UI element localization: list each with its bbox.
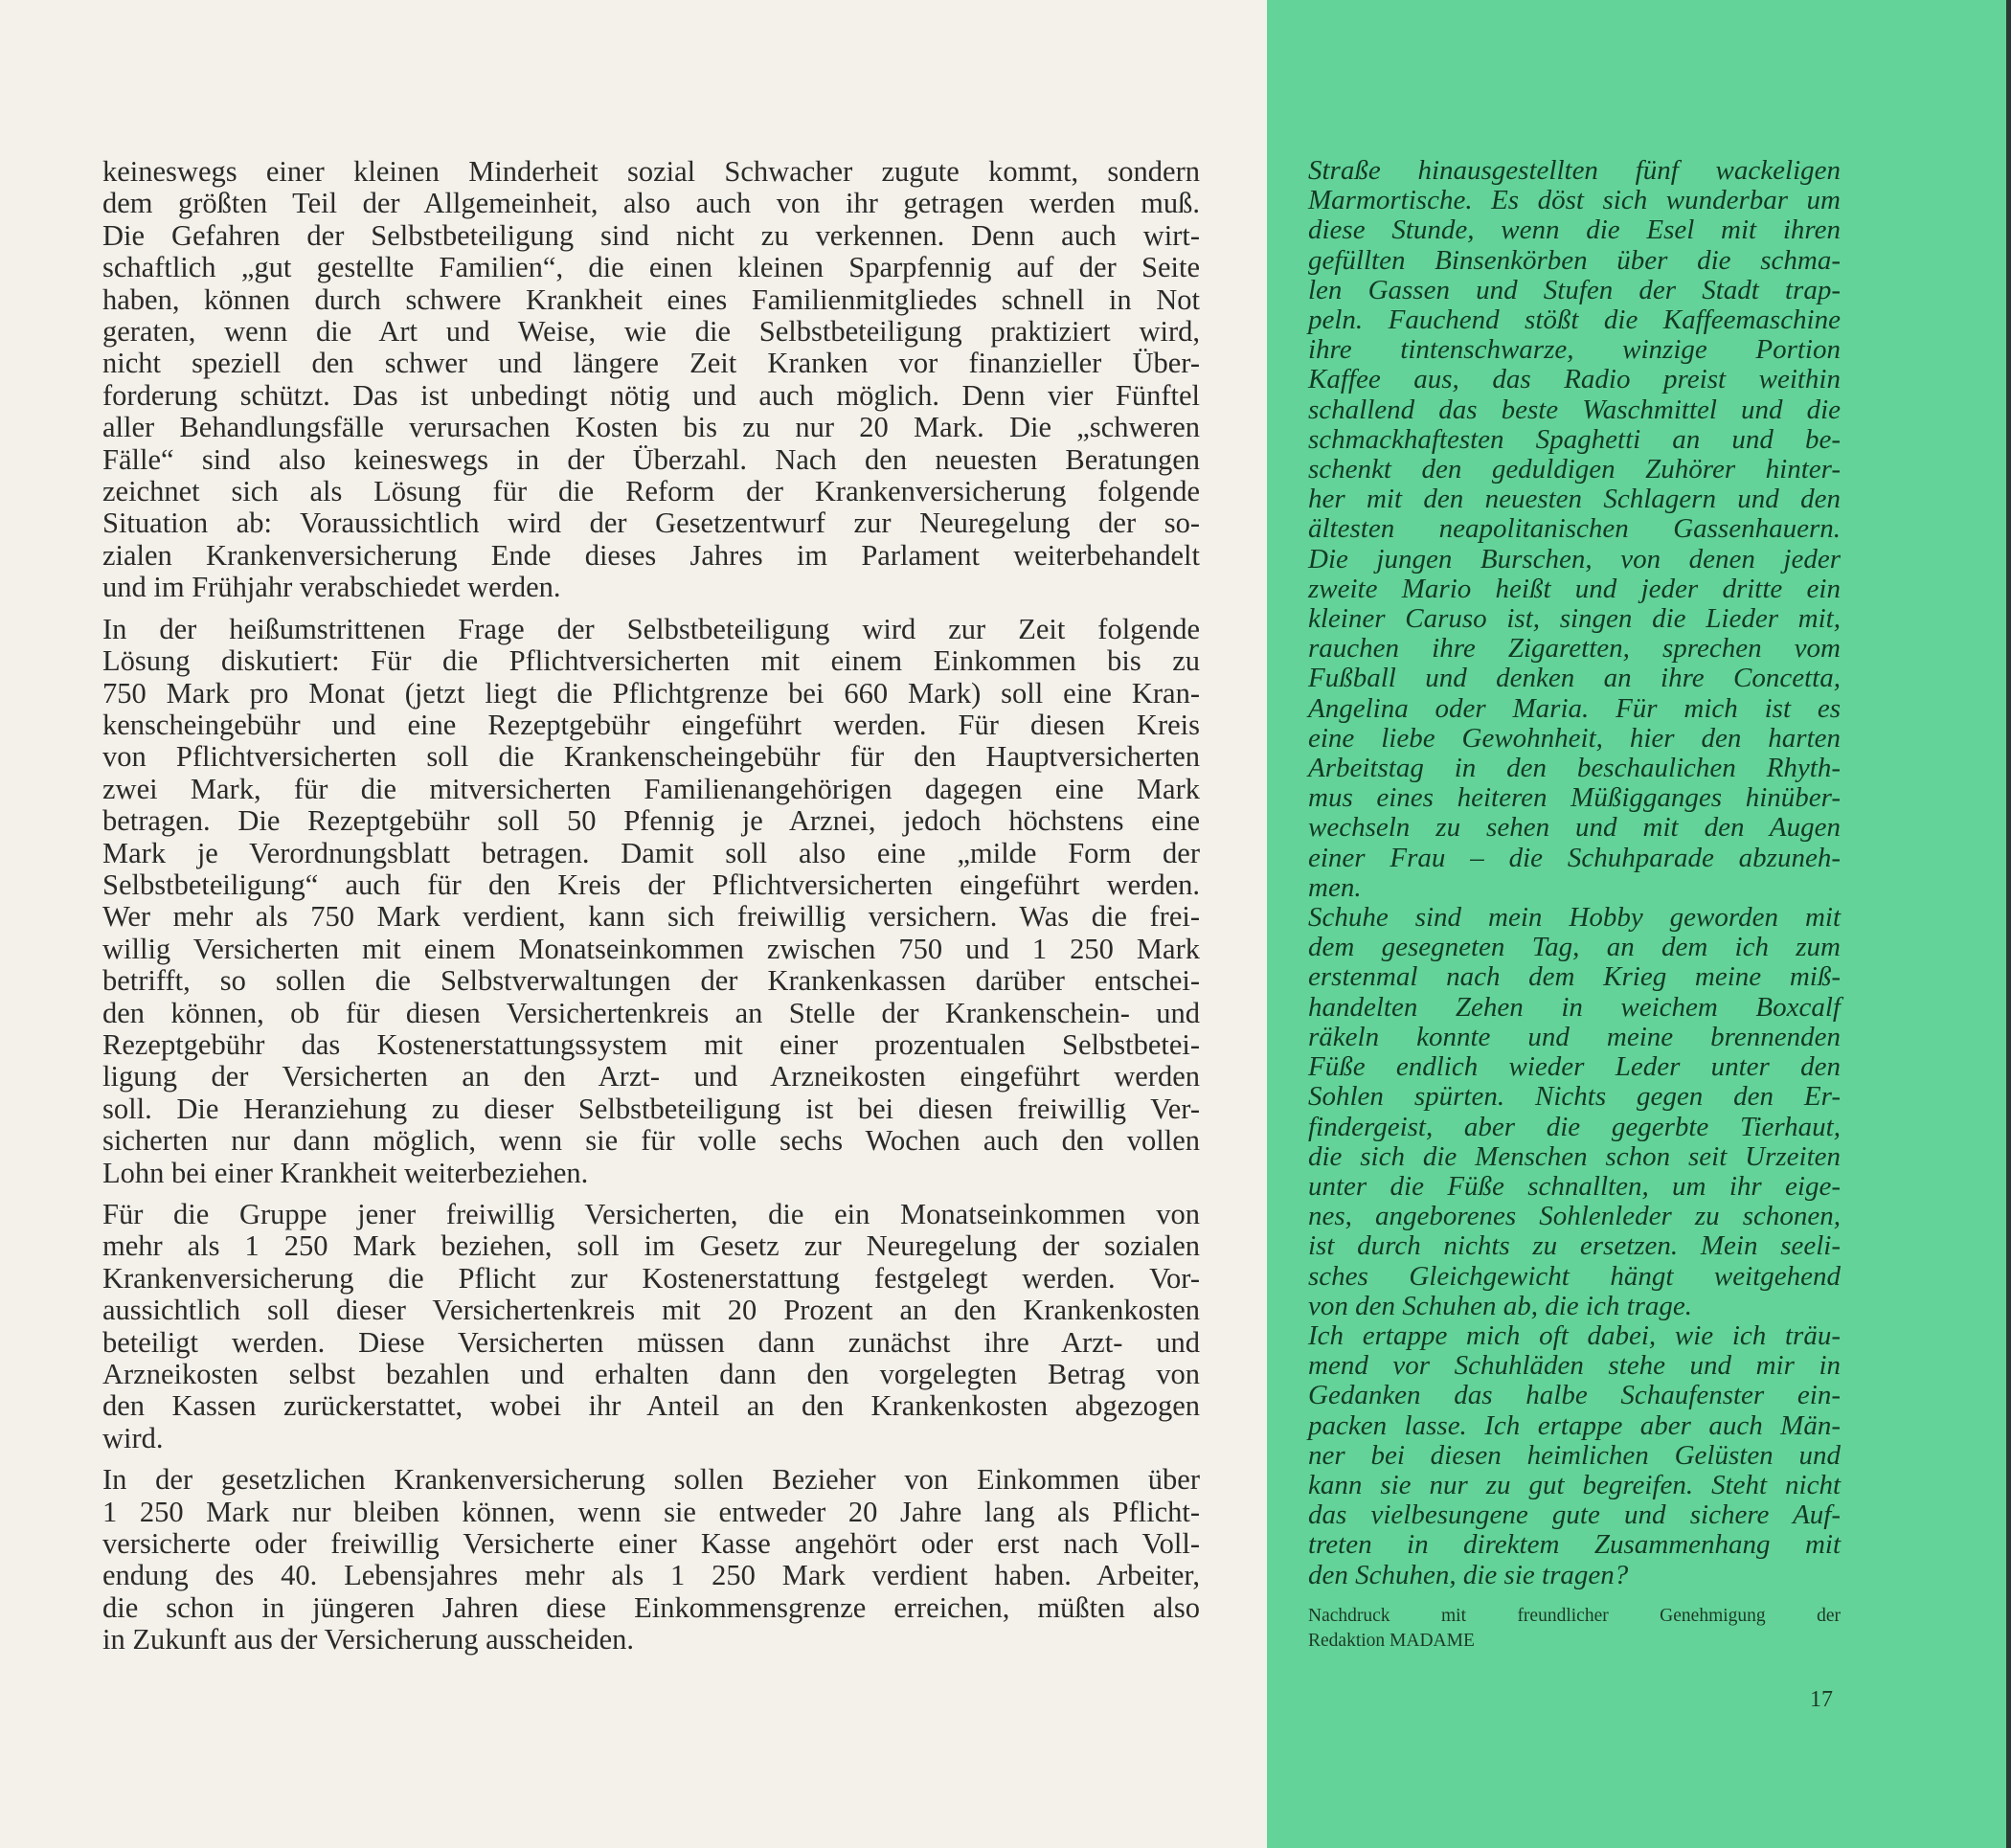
text-line: dem größten Teil der Allgemeinheit, also… <box>102 188 1200 219</box>
text-line: betrifft, so sollen die Selbstverwaltung… <box>102 965 1200 997</box>
article-paragraph: keineswegs einer kleinen Minderheit sozi… <box>102 156 1200 604</box>
sidebar-text-line: Straße hinausgestellten fünf wackeligen <box>1308 156 1841 186</box>
sidebar-text-line: rauchen ihre Zigaretten, sprechen vom <box>1308 634 1841 664</box>
sidebar-text-line: eine liebe Gewohnheit, hier den harten <box>1308 724 1841 754</box>
sidebar-text-line: Sohlen spürten. Nichts gegen den Er- <box>1308 1082 1841 1112</box>
text-line: Die Gefahren der Selbstbeteiligung sind … <box>102 220 1200 252</box>
text-line: aussichtlich soll dieser Versichertenkre… <box>102 1295 1200 1326</box>
text-line: betragen. Die Rezeptgebühr soll 50 Pfenn… <box>102 805 1200 837</box>
sidebar-text-line: einer Frau – die Schuhparade abzuneh- <box>1308 844 1841 873</box>
sidebar-text-line: kleiner Caruso ist, singen die Lieder mi… <box>1308 604 1841 634</box>
sidebar-text-line: Ich ertappe mich oft dabei, wie ich träu… <box>1308 1321 1841 1351</box>
text-line: Arzneikosten selbst bezahlen und erhalte… <box>102 1359 1200 1390</box>
sidebar-text-line: wechseln zu sehen und mit den Augen <box>1308 813 1841 843</box>
credit-line-1: Nachdruck mit freundlicher Genehmigung d… <box>1308 1604 1841 1629</box>
text-line: Mark je Verordnungsblatt betragen. Damit… <box>102 838 1200 869</box>
text-line: den Kassen zurückerstattet, wobei ihr An… <box>102 1390 1200 1422</box>
text-line: Selbstbeteiligung“ auch für den Kreis de… <box>102 869 1200 901</box>
sidebar-text-line: gefüllten Binsenkörben über die schma- <box>1308 246 1841 276</box>
sidebar-text-line: die sich die Menschen schon seit Urzeite… <box>1308 1142 1841 1172</box>
sidebar-text-line: ihre tintenschwarze, winzige Portion <box>1308 335 1841 365</box>
article-paragraph: In der heißumstrittenen Frage der Selbst… <box>102 614 1200 1189</box>
sidebar-text-line: Angelina oder Maria. Für mich ist es <box>1308 694 1841 724</box>
text-line: versicherte oder freiwillig Versicherte … <box>102 1528 1200 1560</box>
sidebar-text-line: Arbeitstag in den beschaulichen Rhyth- <box>1308 754 1841 783</box>
text-line: zwei Mark, für die mitversicherten Famil… <box>102 774 1200 805</box>
sidebar-column: Straße hinausgestellten fünf wackeligenM… <box>1308 156 1841 1654</box>
sidebar-text-line: kann sie nur zu gut begreifen. Steht nic… <box>1308 1471 1841 1500</box>
reprint-credit: Nachdruck mit freundlicher Genehmigung d… <box>1308 1604 1841 1654</box>
sidebar-text-line: treten in direktem Zusammenhang mit <box>1308 1530 1841 1560</box>
text-line: haben, können durch schwere Krankheit ei… <box>102 284 1200 316</box>
text-line: Wer mehr als 750 Mark verdient, kann sic… <box>102 901 1200 933</box>
text-line: den können, ob für diesen Versichertenkr… <box>102 998 1200 1029</box>
sidebar-text-line: diese Stunde, wenn die Esel mit ihren <box>1308 215 1841 245</box>
sidebar-text-line: ist durch nichts zu ersetzen. Mein seeli… <box>1308 1231 1841 1261</box>
sidebar-text-line: ner bei diesen heimlichen Gelüsten und <box>1308 1441 1841 1471</box>
sidebar-text-line: schmackhaftesten Spaghetti an und be- <box>1308 425 1841 455</box>
article-paragraph: In der gesetzlichen Krankenversicherung … <box>102 1464 1200 1656</box>
text-line: und im Frühjahr verabschiedet werden. <box>102 572 1200 603</box>
text-line: beteiligt werden. Diese Versicherten müs… <box>102 1327 1200 1359</box>
text-line: willig Versicherten mit einem Monatseink… <box>102 934 1200 965</box>
sidebar-text-line: handelten Zehen in weichem Boxcalf <box>1308 993 1841 1023</box>
text-line: Fälle“ sind also keineswegs in der Überz… <box>102 444 1200 476</box>
text-line: aller Behandlungsfälle verursachen Koste… <box>102 412 1200 443</box>
page-edge <box>2006 0 2011 1848</box>
sidebar-text-line: mus eines heiteren Müßigganges hinüber- <box>1308 783 1841 813</box>
text-line: Für die Gruppe jener freiwillig Versiche… <box>102 1199 1200 1230</box>
sidebar-text-line: len Gassen und Stufen der Stadt trap- <box>1308 276 1841 305</box>
text-line: die schon in jüngeren Jahren diese Einko… <box>102 1592 1200 1624</box>
text-line: Situation ab: Voraussichtlich wird der G… <box>102 507 1200 539</box>
text-line: wird. <box>102 1423 1200 1454</box>
text-line: endung des 40. Lebensjahres mehr als 1 2… <box>102 1560 1200 1591</box>
sidebar-text-line: Die jungen Burschen, von denen jeder <box>1308 545 1841 575</box>
text-line: In der gesetzlichen Krankenversicherung … <box>102 1464 1200 1496</box>
sidebar-story-text: Straße hinausgestellten fünf wackeligenM… <box>1308 156 1841 1590</box>
sidebar-text-line: Gedanken das halbe Schaufenster ein- <box>1308 1381 1841 1410</box>
text-line: 1 250 Mark nur bleiben können, wenn sie … <box>102 1497 1200 1528</box>
text-line: in Zukunft aus der Versicherung ausschei… <box>102 1624 1200 1656</box>
sidebar-text-line: das vielbesungene gute und sichere Auf- <box>1308 1500 1841 1530</box>
text-line: Lohn bei einer Krankheit weiterbeziehen. <box>102 1158 1200 1189</box>
sidebar-text-line: unter die Füße schnallten, um ihr eige- <box>1308 1172 1841 1202</box>
text-line: Lösung diskutiert: Für die Pflichtversic… <box>102 645 1200 677</box>
sidebar-text-line: zweite Mario heißt und jeder dritte ein <box>1308 575 1841 604</box>
sidebar-text-line: Marmortische. Es döst sich wunderbar um <box>1308 186 1841 215</box>
sidebar-text-line: Füße endlich wieder Leder unter den <box>1308 1052 1841 1082</box>
sidebar-text-line: mend vor Schuhläden stehe und mir in <box>1308 1351 1841 1381</box>
page-number: 17 <box>1810 1687 1833 1713</box>
text-line: schaftlich „gut gestellte Familien“, die… <box>102 252 1200 283</box>
sidebar-text-line: Fußball und denken an ihre Concetta, <box>1308 664 1841 693</box>
text-line: In der heißumstrittenen Frage der Selbst… <box>102 614 1200 645</box>
sidebar-text-line: schenkt den geduldigen Zuhörer hinter- <box>1308 455 1841 485</box>
sidebar-text-line: räkeln konnte und meine brennenden <box>1308 1023 1841 1052</box>
sidebar-text-line: peln. Fauchend stößt die Kaffeemaschine <box>1308 305 1841 335</box>
text-line: mehr als 1 250 Mark beziehen, soll im Ge… <box>102 1230 1200 1262</box>
sidebar-text-line: sches Gleichgewicht hängt weitgehend <box>1308 1262 1841 1292</box>
sidebar-text-line: ältesten neapolitanischen Gassenhauern. <box>1308 514 1841 544</box>
sidebar-text-line: Kaffee aus, das Radio preist weithin <box>1308 365 1841 394</box>
text-line: nicht speziell den schwer und längere Ze… <box>102 348 1200 379</box>
text-line: sicherten nur dann möglich, wenn sie für… <box>102 1125 1200 1157</box>
text-line: keineswegs einer kleinen Minderheit sozi… <box>102 156 1200 188</box>
sidebar-text-line: von den Schuhen ab, die ich trage. <box>1308 1292 1841 1321</box>
sidebar-text-line: men. <box>1308 873 1841 903</box>
text-line: von Pflichtversicherten soll die Kranken… <box>102 741 1200 773</box>
text-line: soll. Die Heranziehung zu dieser Selbstb… <box>102 1093 1200 1125</box>
text-line: Krankenversicherung die Pflicht zur Kost… <box>102 1263 1200 1295</box>
sidebar-text-line: Schuhe sind mein Hobby geworden mit <box>1308 903 1841 933</box>
text-line: zeichnet sich als Lösung für die Reform … <box>102 476 1200 507</box>
sidebar-text-line: dem gesegneten Tag, an dem ich zum <box>1308 933 1841 962</box>
text-line: geraten, wenn die Art und Weise, wie die… <box>102 316 1200 348</box>
main-article-column: keineswegs einer kleinen Minderheit sozi… <box>102 156 1200 1666</box>
text-line: Rezeptgebühr das Kostenerstattungssystem… <box>102 1029 1200 1061</box>
sidebar-text-line: nes, angeborenes Sohlenleder zu schonen, <box>1308 1202 1841 1231</box>
text-line: forderung schützt. Das ist unbedingt nöt… <box>102 380 1200 412</box>
text-line: kenscheingebühr und eine Rezeptgebühr ei… <box>102 710 1200 741</box>
sidebar-text-line: her mit den neuesten Schlagern und den <box>1308 485 1841 514</box>
credit-line-2: Redaktion MADAME <box>1308 1629 1841 1654</box>
sidebar-text-line: erstenmal nach dem Krieg meine miß- <box>1308 962 1841 992</box>
sidebar-text-line: den Schuhen, die sie tragen? <box>1308 1561 1841 1590</box>
sidebar-text-line: packen lasse. Ich ertappe aber auch Män- <box>1308 1411 1841 1441</box>
article-paragraph: Für die Gruppe jener freiwillig Versiche… <box>102 1199 1200 1454</box>
text-line: ligung der Versicherten an den Arzt- und… <box>102 1061 1200 1093</box>
text-line: zialen Krankenversicherung Ende dieses J… <box>102 540 1200 572</box>
text-line: 750 Mark pro Monat (jetzt liegt die Pfli… <box>102 678 1200 710</box>
sidebar-text-line: schallend das beste Waschmittel und die <box>1308 395 1841 425</box>
sidebar-text-line: findergeist, aber die gegerbte Tierhaut, <box>1308 1113 1841 1142</box>
